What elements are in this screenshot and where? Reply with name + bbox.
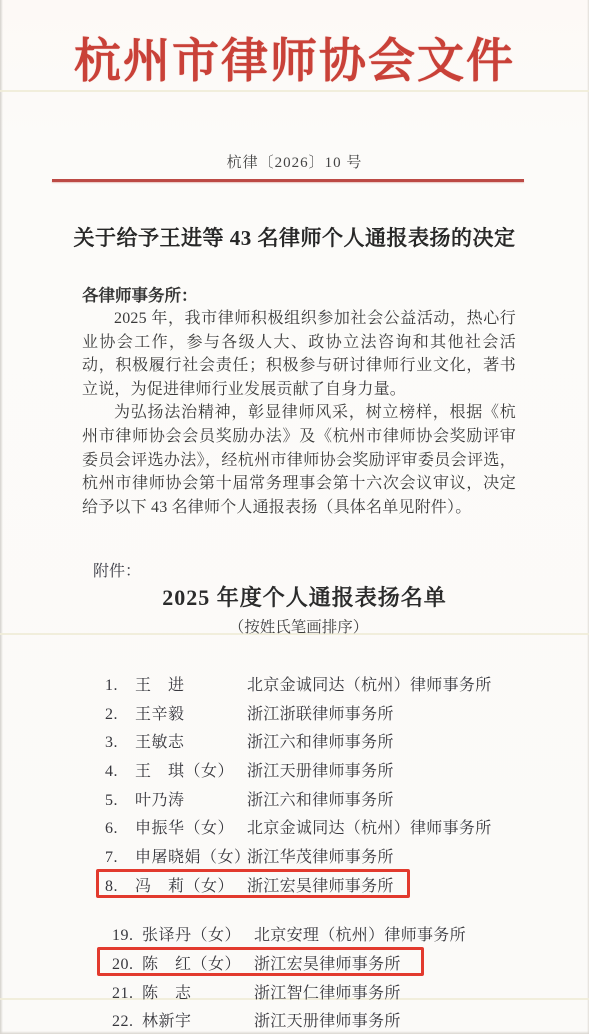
list-row: 5. 叶乃涛 浙江六和律师事务所	[105, 784, 545, 813]
list-row: 21. 陈 志 浙江智仁律师事务所	[105, 977, 545, 1006]
row-name: 王辛毅	[135, 706, 185, 723]
attachment-subtitle: （按姓氏笔画排序）	[4, 615, 589, 637]
document-page: 杭州市律师协会文件 杭律〔2026〕10 号 关于给予王进等 43 名律师个人通…	[0, 0, 589, 1034]
list-row-left: 3. 王敏志	[105, 729, 247, 752]
list-row: 8. 冯 莉（女） 浙江宏昊律师事务所	[105, 870, 545, 899]
row-number: 19.	[112, 927, 138, 945]
row-number: 8.	[105, 878, 131, 896]
list-row-left: 6. 申振华（女）	[105, 815, 247, 838]
addressee-line: 各律师事务所：	[82, 282, 198, 306]
row-firm: 北京金诚同达（杭州）律师事务所	[247, 672, 492, 695]
row-number: 20.	[112, 956, 138, 974]
row-name: 林新宇	[142, 1013, 192, 1030]
list-row-left: 19. 张译丹（女）	[112, 922, 254, 945]
list-row: 4. 王 琪（女） 浙江天册律师事务所	[105, 755, 545, 784]
row-firm: 浙江宏昊律师事务所	[254, 951, 401, 974]
list-row-left: 7. 申屠晓娟（女）	[105, 844, 247, 867]
document-title: 关于给予王进等 43 名律师个人通报表扬的决定	[0, 222, 589, 252]
row-number: 6.	[105, 820, 131, 838]
row-name: 陈 志	[142, 985, 192, 1002]
row-name: 冯 莉（女）	[135, 878, 234, 895]
row-name: 王 进	[135, 677, 185, 694]
list-row: 6. 申振华（女） 北京金诚同达（杭州）律师事务所	[105, 812, 545, 841]
list-row: 20. 陈 红（女） 浙江宏昊律师事务所	[105, 948, 545, 977]
row-firm: 浙江六和律师事务所	[247, 729, 394, 752]
row-name: 陈 红（女）	[142, 956, 241, 973]
row-firm: 浙江智仁律师事务所	[254, 980, 401, 1003]
red-divider-line	[52, 179, 524, 182]
commendation-list: 1. 王 进 北京金诚同达（杭州）律师事务所 2. 王辛毅 浙江浙联律师事务所 …	[105, 669, 545, 1034]
row-name: 申振华（女）	[135, 820, 234, 837]
body-paragraph-1: 2025 年，我市律师积极组织参加社会公益活动，热心行业协会工作，参与各级人大、…	[82, 307, 516, 401]
row-number: 7.	[105, 849, 131, 867]
row-number: 21.	[112, 985, 138, 1003]
list-row-left: 22. 林新宇	[112, 1008, 254, 1031]
row-name: 申屠晓娟（女）	[135, 849, 251, 866]
row-number: 5.	[105, 792, 131, 810]
row-number: 22.	[112, 1013, 138, 1031]
list-row-left: 1. 王 进	[105, 672, 247, 695]
list-row: 19. 张译丹（女） 北京安理（杭州）律师事务所	[105, 920, 545, 949]
body-paragraph-2: 为弘扬法治精神，彰显律师风采，树立榜样，根据《杭州市律师协会会员奖励办法》及《杭…	[82, 401, 516, 519]
row-firm: 浙江天册律师事务所	[247, 758, 394, 781]
document-number: 杭律〔2026〕10 号	[0, 151, 589, 172]
row-firm: 北京安理（杭州）律师事务所	[254, 922, 466, 945]
document-header-title: 杭州市律师协会文件	[0, 24, 589, 91]
list-row-left: 5. 叶乃涛	[105, 787, 247, 810]
list-row-left: 8. 冯 莉（女）	[105, 873, 247, 896]
list-row-left: 20. 陈 红（女）	[112, 951, 254, 974]
row-firm: 浙江天册律师事务所	[254, 1008, 401, 1031]
list-row-left: 4. 王 琪（女）	[105, 758, 247, 781]
row-number: 1.	[105, 677, 131, 695]
attachment-label: 附件：	[93, 558, 141, 581]
row-firm: 浙江浙联律师事务所	[247, 701, 394, 724]
row-firm: 浙江宏昊律师事务所	[247, 873, 394, 896]
document-body: 2025 年，我市律师积极组织参加社会公益活动，热心行业协会工作，参与各级人大、…	[82, 307, 516, 519]
list-row-left: 2. 王辛毅	[105, 701, 247, 724]
list-row: 7. 申屠晓娟（女） 浙江华茂律师事务所	[105, 841, 545, 870]
row-firm: 北京金诚同达（杭州）律师事务所	[247, 815, 492, 838]
row-name: 王敏志	[135, 734, 185, 751]
attachment-title: 2025 年度个人通报表扬名单	[10, 581, 589, 612]
list-row: 2. 王辛毅 浙江浙联律师事务所	[105, 698, 545, 727]
row-name: 张译丹（女）	[142, 927, 241, 944]
row-number: 3.	[105, 734, 131, 752]
row-number: 2.	[105, 706, 131, 724]
row-name: 叶乃涛	[135, 792, 185, 809]
list-row-left: 21. 陈 志	[112, 980, 254, 1003]
list-row: 3. 王敏志 浙江六和律师事务所	[105, 726, 545, 755]
list-row: 1. 王 进 北京金诚同达（杭州）律师事务所	[105, 669, 545, 698]
row-firm: 浙江华茂律师事务所	[247, 844, 394, 867]
row-number: 4.	[105, 763, 131, 781]
row-name: 王 琪（女）	[135, 763, 234, 780]
row-firm: 浙江六和律师事务所	[247, 787, 394, 810]
list-row: 22. 林新宇 浙江天册律师事务所	[105, 1006, 545, 1034]
